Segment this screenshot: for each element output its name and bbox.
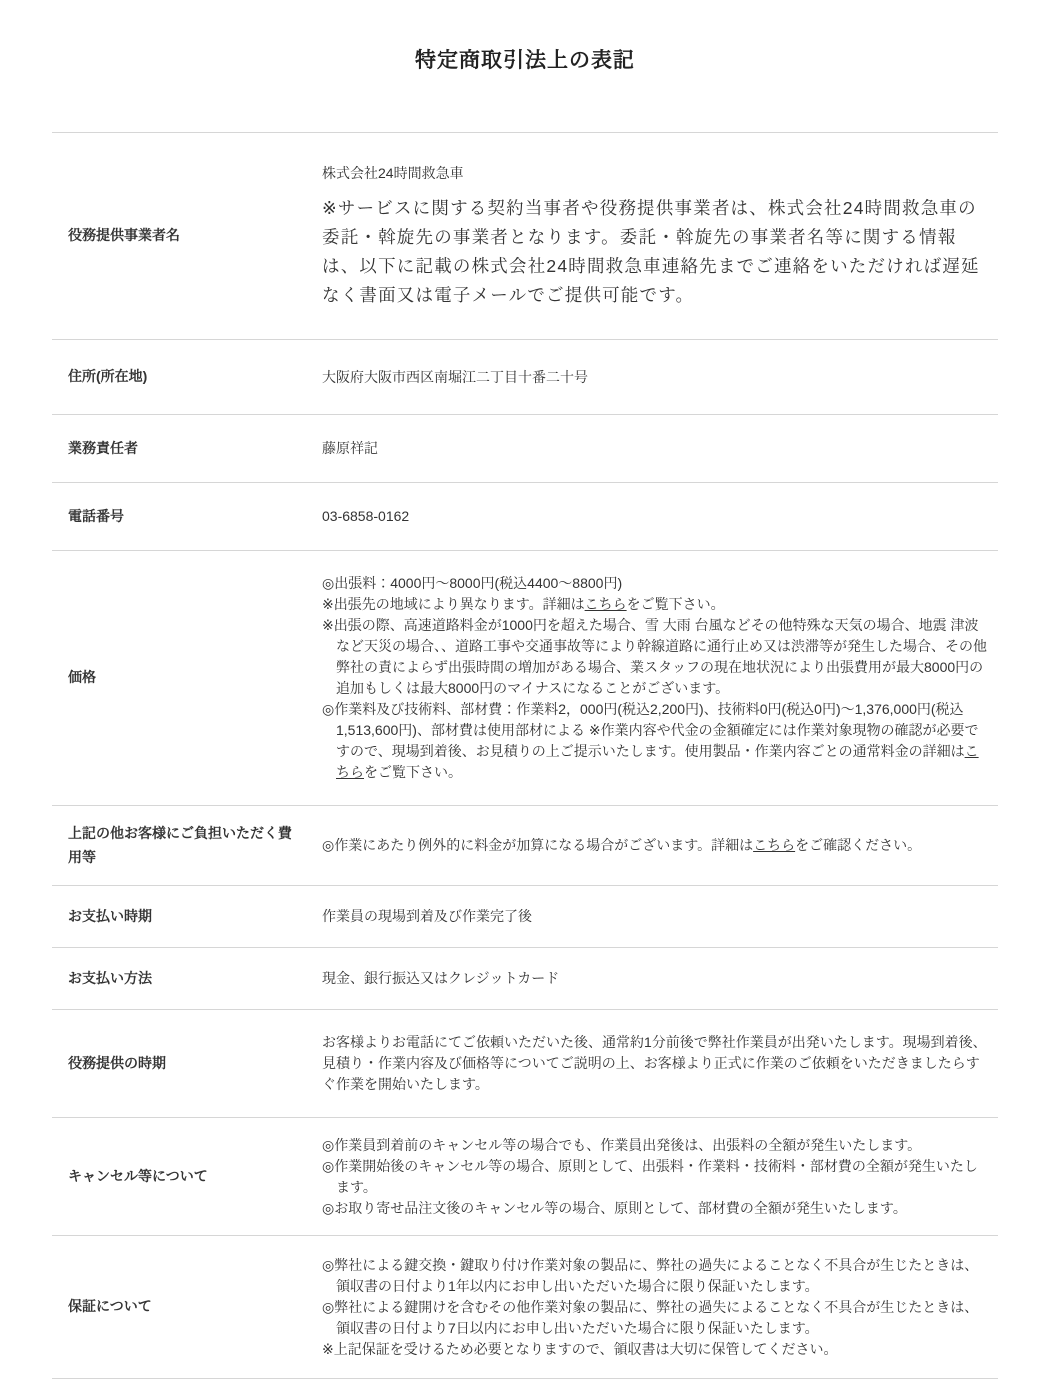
row-content: 03-6858-0162: [322, 492, 998, 541]
warranty-item: ◎弊社による鍵開けを含むその他作業対象の製品に、弊社の過失によることなく不具合が…: [322, 1297, 990, 1339]
row-label: 役務提供の時期: [52, 1040, 322, 1087]
extra-fees-item: ◎作業にあたり例外的に料金が加算になる場合がございます。詳細はこちらをご確認くだ…: [322, 835, 990, 856]
table-row-manager: 業務責任者 藤原祥記: [52, 415, 998, 483]
table-row-provider-name: 役務提供事業者名 株式会社24時間救急車 ※サービスに関する契約当事者や役務提供…: [52, 133, 998, 340]
row-content: ◎弊社による鍵交換・鍵取り付け作業対象の製品に、弊社の過失によることなく不具合が…: [322, 1241, 998, 1374]
table-row-warranty: 保証について ◎弊社による鍵交換・鍵取り付け作業対象の製品に、弊社の過失によるこ…: [52, 1236, 998, 1379]
warranty-item: ◎弊社による鍵交換・鍵取り付け作業対象の製品に、弊社の過失によることなく不具合が…: [322, 1255, 990, 1297]
row-label: 業務責任者: [52, 425, 322, 472]
price-item: ※出張先の地域により異なります。詳細はこちらをご覧下さい。: [322, 594, 990, 615]
table-row-phone: 電話番号 03-6858-0162: [52, 483, 998, 551]
table-row-price: 価格 ◎出張料：4000円〜8000円(税込4400〜8800円) ※出張先の地…: [52, 551, 998, 806]
row-content: 現金、銀行振込又はクレジットカード: [322, 954, 998, 1003]
payment-timing-value: 作業員の現場到着及び作業完了後: [322, 906, 990, 927]
table-row-extra-fees: 上記の他お客様にご負担いただく費用等 ◎作業にあたり例外的に料金が加算になる場合…: [52, 806, 998, 886]
company-name: 株式会社24時間救急車: [322, 163, 990, 184]
cancellation-item: ◎作業開始後のキャンセル等の場合、原則として、出張料・作業料・技術料・部材費の全…: [322, 1156, 990, 1198]
phone-value: 03-6858-0162: [322, 506, 990, 527]
row-label: 上記の他お客様にご負担いただく費用等: [52, 810, 322, 880]
row-label: 住所(所在地): [52, 353, 322, 400]
row-label: 役務提供事業者名: [52, 212, 322, 259]
row-content: 藤原祥記: [322, 424, 998, 473]
row-content: 株式会社24時間救急車 ※サービスに関する契約当事者や役務提供事業者は、株式会社…: [322, 149, 998, 324]
row-label: 保証について: [52, 1283, 322, 1330]
price-item-text: ◎作業料及び技術料、部材費：作業料2，000円(税込2,200円)、技術料0円(…: [322, 701, 979, 759]
row-label: キャンセル等について: [52, 1153, 322, 1200]
row-content: 作業員の現場到着及び作業完了後: [322, 892, 998, 941]
kochira-link[interactable]: こちら: [753, 837, 795, 853]
price-item-text: をご覧下さい。: [627, 596, 725, 612]
kochira-link[interactable]: こちら: [585, 596, 627, 612]
table-row-address: 住所(所在地) 大阪府大阪市西区南堀江二丁目十番二十号: [52, 340, 998, 415]
manager-value: 藤原祥記: [322, 438, 990, 459]
extra-fees-text: をご確認ください。: [795, 837, 921, 853]
warranty-item: ※上記保証を受けるため必要となりますので、領収書は大切に保管してください。: [322, 1339, 990, 1360]
service-timing-value: お客様よりお電話にてご依頼いただいた後、通常約1分前後で弊社作業員が出発いたしま…: [322, 1032, 990, 1095]
price-item: ※出張の際、高速道路料金が1000円を超えた場合、雪 大雨 台風などその他特殊な…: [322, 615, 990, 699]
row-label: 価格: [52, 654, 322, 701]
row-content: ◎出張料：4000円〜8000円(税込4400〜8800円) ※出張先の地域によ…: [322, 559, 998, 797]
table-row-cancellation: キャンセル等について ◎作業員到着前のキャンセル等の場合でも、作業員出発後は、出…: [52, 1118, 998, 1236]
provider-note: ※サービスに関する契約当事者や役務提供事業者は、株式会社24時間救急車の委託・斡…: [322, 194, 990, 310]
row-content: ◎作業にあたり例外的に料金が加算になる場合がございます。詳細はこちらをご確認くだ…: [322, 821, 998, 870]
table-row-service-timing: 役務提供の時期 お客様よりお電話にてご依頼いただいた後、通常約1分前後で弊社作業…: [52, 1010, 998, 1118]
row-content: お客様よりお電話にてご依頼いただいた後、通常約1分前後で弊社作業員が出発いたしま…: [322, 1018, 998, 1109]
extra-fees-text: ◎作業にあたり例外的に料金が加算になる場合がございます。詳細は: [322, 837, 753, 853]
cancellation-item: ◎作業員到着前のキャンセル等の場合でも、作業員出発後は、出張料の全額が発生いたし…: [322, 1135, 990, 1156]
price-item: ◎作業料及び技術料、部材費：作業料2，000円(税込2,200円)、技術料0円(…: [322, 699, 990, 783]
table-row-payment-method: お支払い方法 現金、銀行振込又はクレジットカード: [52, 948, 998, 1010]
table-row-payment-timing: お支払い時期 作業員の現場到着及び作業完了後: [52, 886, 998, 948]
row-label: お支払い方法: [52, 955, 322, 1002]
disclosure-table: 役務提供事業者名 株式会社24時間救急車 ※サービスに関する契約当事者や役務提供…: [52, 132, 998, 1379]
row-label: 電話番号: [52, 493, 322, 540]
price-item: ◎出張料：4000円〜8000円(税込4400〜8800円): [322, 573, 990, 594]
row-label: お支払い時期: [52, 893, 322, 940]
address-value: 大阪府大阪市西区南堀江二丁目十番二十号: [322, 367, 990, 388]
row-content: ◎作業員到着前のキャンセル等の場合でも、作業員出発後は、出張料の全額が発生いたし…: [322, 1121, 998, 1233]
payment-method-value: 現金、銀行振込又はクレジットカード: [322, 968, 990, 989]
price-item-text: をご覧下さい。: [364, 764, 462, 780]
cancellation-item: ◎お取り寄せ品注文後のキャンセル等の場合、原則として、部材費の全額が発生いたしま…: [322, 1198, 990, 1219]
page-title: 特定商取引法上の表記: [0, 0, 1050, 74]
row-content: 大阪府大阪市西区南堀江二丁目十番二十号: [322, 353, 998, 402]
price-item-text: ※出張先の地域により異なります。詳細は: [322, 596, 585, 612]
